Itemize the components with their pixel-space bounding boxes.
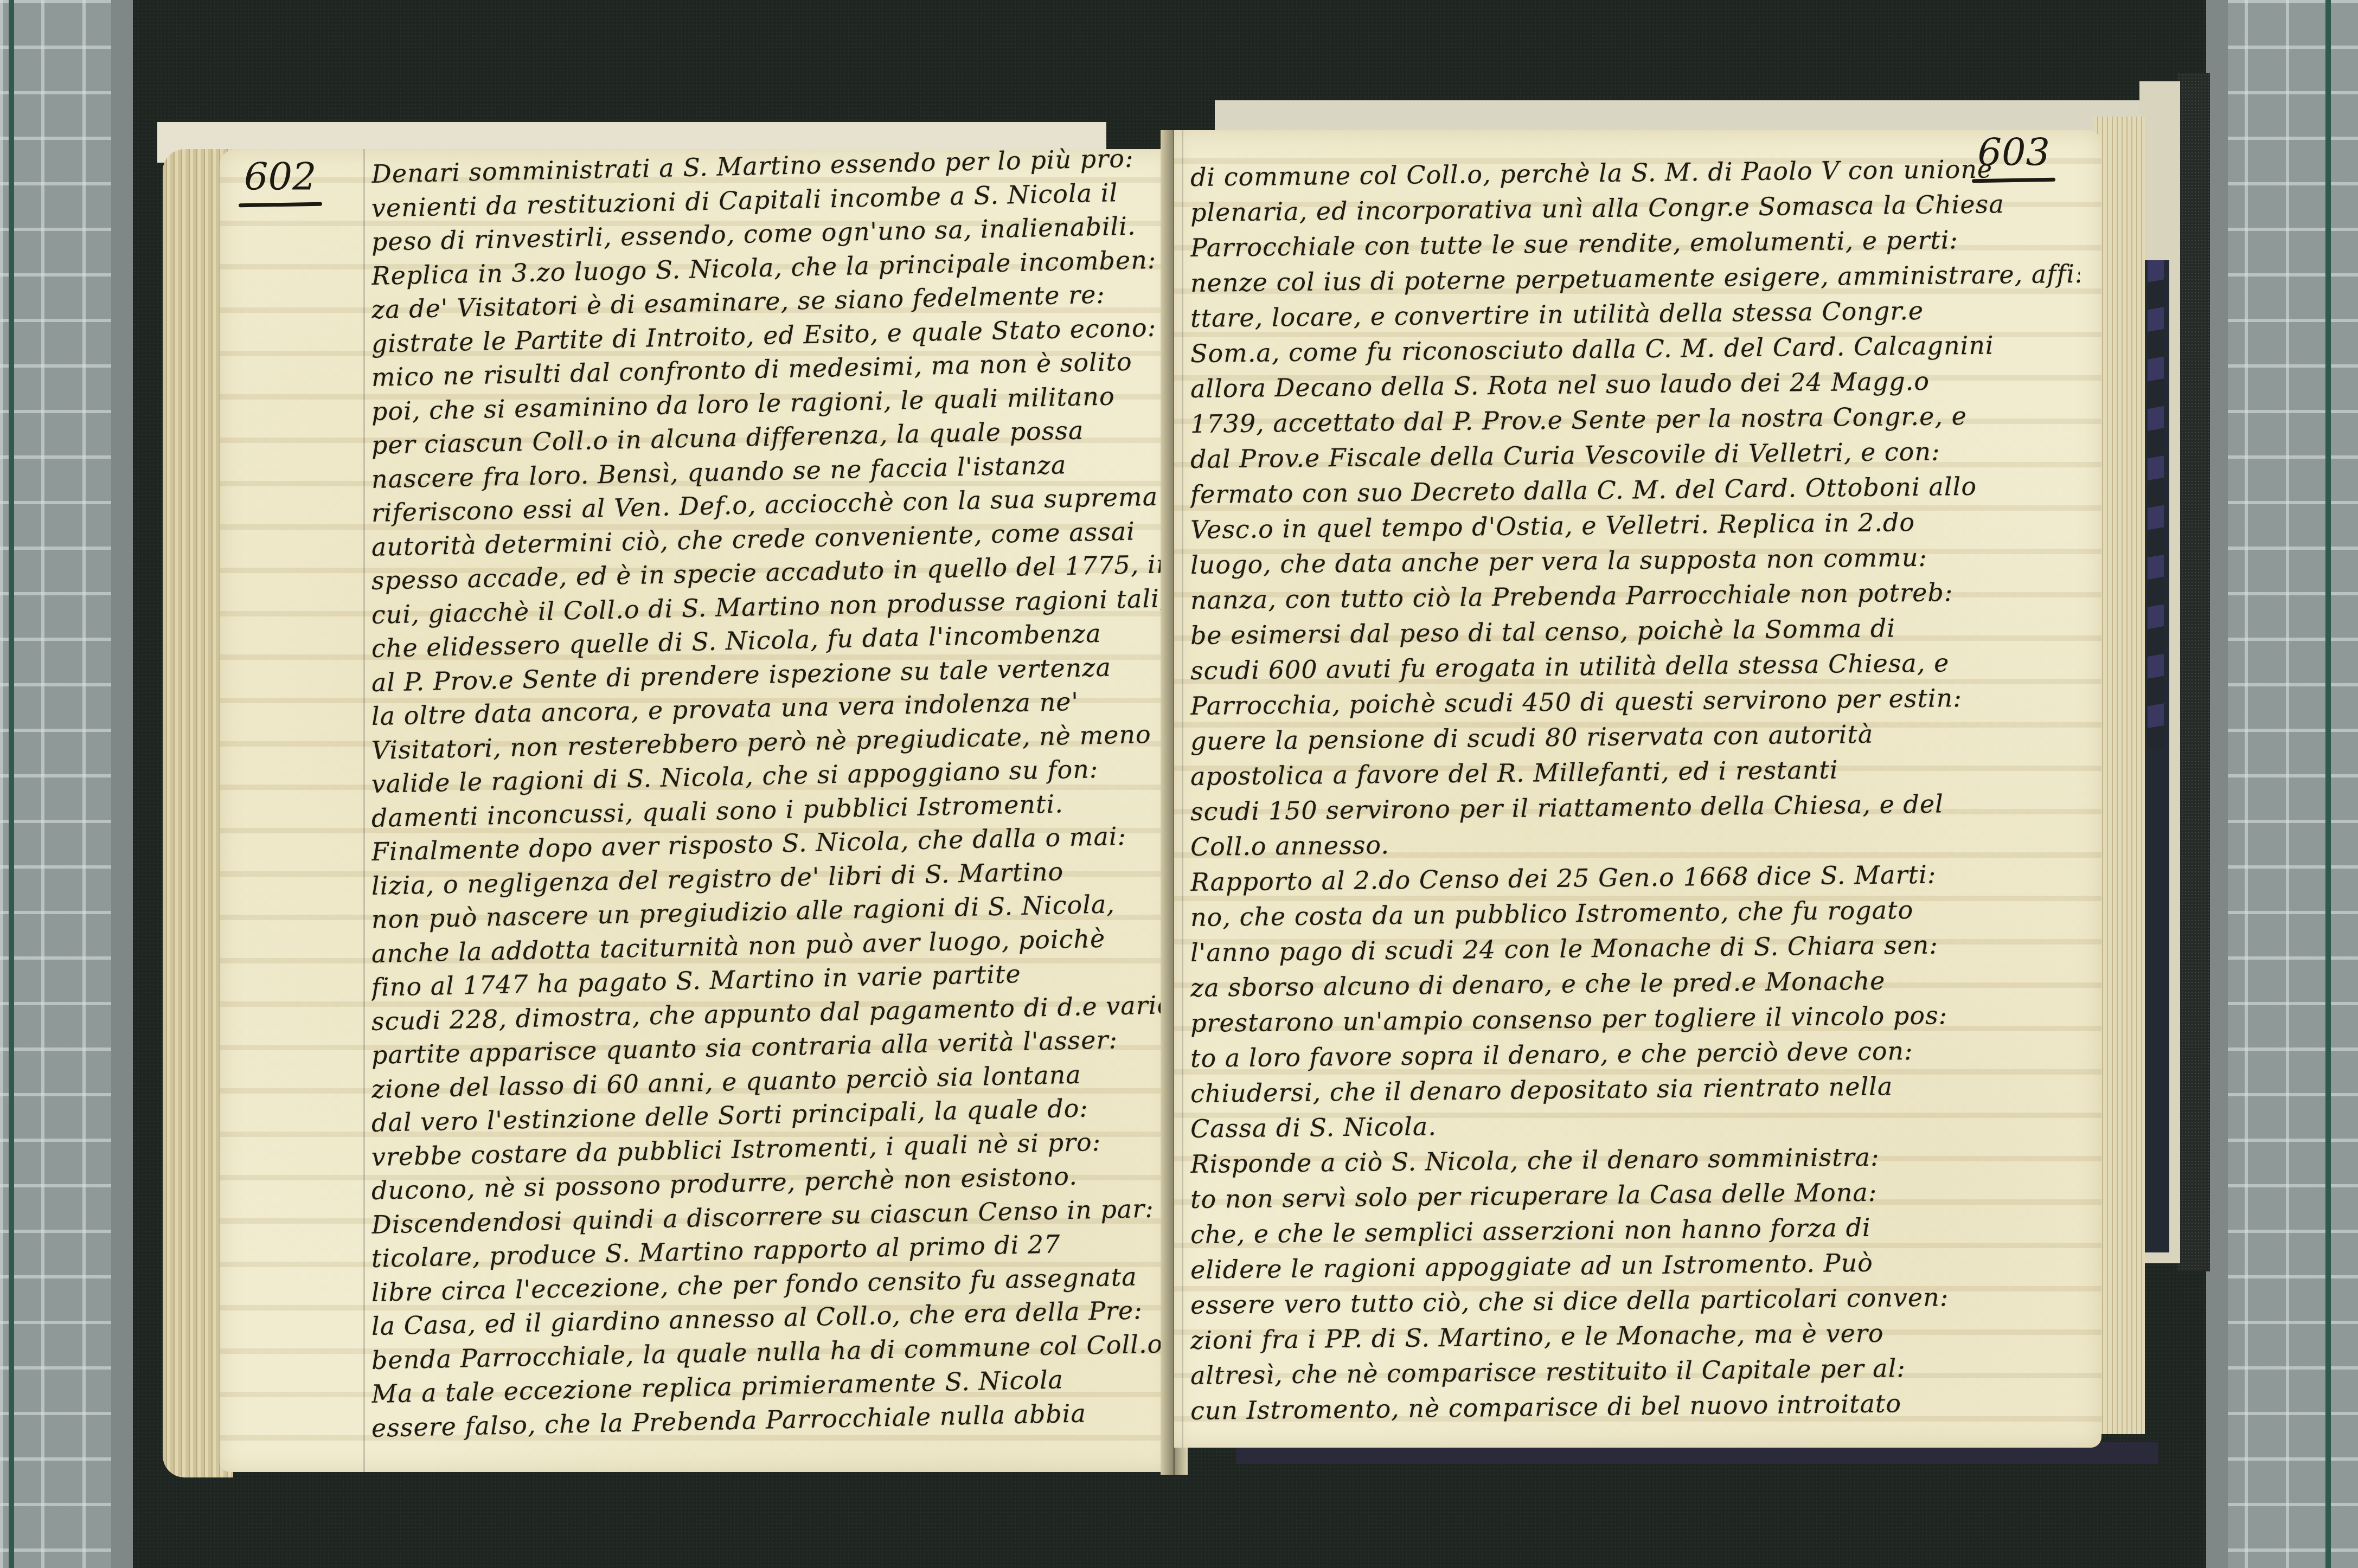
ruler-right (2325, 0, 2331, 1568)
foam-wedge-right (2177, 73, 2210, 1271)
margin-rule (363, 149, 365, 1472)
ruler-left (9, 0, 14, 1568)
mat-edge-strip-left (111, 0, 133, 1568)
marbled-pastedown (2148, 260, 2164, 748)
left-page: 602 Denari somministrati a S. Martino es… (220, 149, 1174, 1472)
right-page: 603 di commune col Coll.o, perchè la S. … (1174, 130, 2101, 1448)
folio-number: 602 (244, 155, 317, 199)
margin-rule (1182, 130, 1183, 1448)
handwritten-text-block: di commune col Coll.o, perchè la S. M. d… (1190, 160, 2080, 1429)
handwritten-text-block: Denari somministrati a S. Martino essend… (371, 157, 1163, 1445)
